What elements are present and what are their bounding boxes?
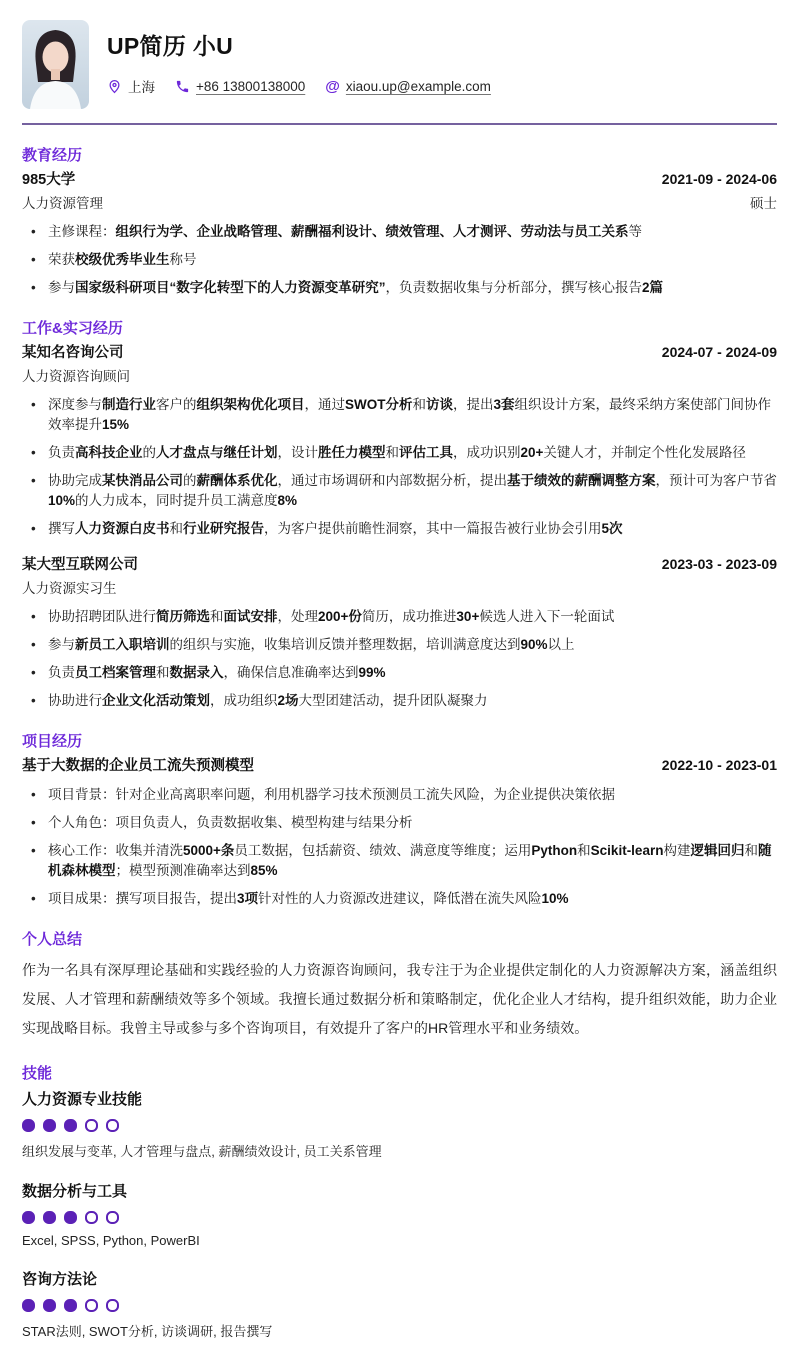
project-bullet: 核心工作：收集并清洗5000+条员工数据，包括薪资、绩效、满意度等维度；运用Py…	[22, 841, 777, 881]
bullet-text: 构建	[663, 843, 690, 858]
bullet-text: 负责	[48, 665, 75, 680]
bullet-text-bold: 制造行业	[102, 397, 156, 412]
job-entry-header: 某知名咨询公司 2024-07 - 2024-09	[22, 341, 777, 362]
skill-dot-empty	[106, 1299, 119, 1312]
bullet-text: 等	[629, 224, 643, 239]
job-bullet: 协助招聘团队进行简历筛选和面试安排，处理200+份简历，成功推进30+候选人进入…	[22, 607, 777, 627]
company-name: 某大型互联网公司	[22, 553, 138, 574]
education-date: 2021-09 - 2024-06	[662, 171, 777, 187]
skills-title: 技能	[22, 1062, 777, 1083]
degree-name: 硕士	[750, 192, 777, 212]
bullet-text: ，负责数据收集与分析部分，撰写核心报告	[386, 280, 643, 295]
bullet-text-bold: 组织架构优化项目	[197, 397, 305, 412]
skill-dot-empty	[85, 1211, 98, 1224]
bullet-text: 的组织与实施，收集培训反馈并整理数据，培训满意度达到	[170, 637, 521, 652]
bullet-text-bold: 5000+条	[183, 843, 234, 858]
bullet-text-bold: 企业文化活动策划	[102, 693, 210, 708]
job-date: 2023-03 - 2023-09	[662, 556, 777, 572]
bullet-text-bold: Python	[531, 843, 577, 858]
education-bullet: 主修课程：组织行为学、企业战略管理、薪酬福利设计、绩效管理、人才测评、劳动法与员…	[22, 222, 777, 242]
bullet-text: 简历，成功推进	[362, 609, 457, 624]
skill-group: 人力资源专业技能 组织发展与变革, 人才管理与盘点, 薪酬绩效设计, 员工关系管…	[22, 1088, 777, 1160]
job-entry: 某大型互联网公司 2023-03 - 2023-09 人力资源实习生 协助招聘团…	[22, 553, 777, 711]
bullet-text-bold: 30+	[456, 609, 479, 624]
bullet-text: 和	[156, 665, 170, 680]
section-education: 教育经历 985大学 2021-09 - 2024-06 人力资源管理 硕士 主…	[22, 144, 777, 298]
bullet-text: ，通过	[305, 397, 346, 412]
project-date: 2022-10 - 2023-01	[662, 757, 777, 773]
candidate-name: UP简历 小U	[107, 28, 491, 61]
bullet-text-bold: 高科技企业	[75, 445, 143, 460]
skill-level-dots	[22, 1211, 777, 1224]
bullet-text: 称号	[170, 252, 197, 267]
skill-dot-filled	[64, 1211, 77, 1224]
bullet-text-bold: 200+份	[318, 609, 362, 624]
resume-header: UP简历 小U 上海	[22, 20, 777, 109]
bullet-text-bold: 员工档案管理	[75, 665, 156, 680]
section-skills: 技能 人力资源专业技能 组织发展与变革, 人才管理与盘点, 薪酬绩效设计, 员工…	[22, 1062, 777, 1340]
bullet-text-bold: 基于绩效的薪酬调整方案	[507, 473, 656, 488]
skill-group-name: 人力资源专业技能	[22, 1088, 777, 1109]
bullet-text-bold: 某快消品公司	[102, 473, 183, 488]
bullet-text-bold: 3项	[237, 891, 258, 906]
bullet-text: ；模型预测准确率达到	[116, 863, 251, 878]
bullet-text: ，提出	[453, 397, 494, 412]
skill-items: Excel, SPSS, Python, PowerBI	[22, 1233, 777, 1248]
bullet-text: 主修课程：	[48, 224, 116, 239]
skill-dot-empty	[106, 1211, 119, 1224]
job-role: 人力资源咨询顾问	[22, 365, 130, 385]
bullet-text: 项目背景：针对企业高离职率问题，利用机器学习技术预测员工流失风险，为企业提供决策…	[48, 787, 615, 802]
phone-text: +86 13800138000	[196, 79, 305, 94]
skill-items: 组织发展与变革, 人才管理与盘点, 薪酬绩效设计, 员工关系管理	[22, 1141, 777, 1160]
bullet-text: 针对性的人力资源改进建议，降低潜在流失风险	[258, 891, 542, 906]
bullet-text-bold: 简历筛选	[156, 609, 210, 624]
skill-level-dots	[22, 1119, 777, 1132]
school-name: 985大学	[22, 168, 75, 189]
bullet-text: ，通过市场调研和内部数据分析，提出	[278, 473, 508, 488]
skill-dot-filled	[43, 1211, 56, 1224]
job-bullet: 负责高科技企业的人才盘点与继任计划，设计胜任力模型和评估工具，成功识别20+关键…	[22, 443, 777, 463]
bullet-text-bold: 胜任力模型	[318, 445, 386, 460]
header-text: UP简历 小U 上海	[107, 20, 491, 96]
education-bullet: 参与国家级科研项目“数字化转型下的人力资源变革研究”，负责数据收集与分析部分，撰…	[22, 278, 777, 298]
bullet-text: 协助进行	[48, 693, 102, 708]
bullet-text: 和	[577, 843, 591, 858]
bullet-text-bold: 85%	[251, 863, 278, 878]
job-entry-subheader: 人力资源咨询顾问	[22, 365, 777, 385]
email-text: xiaou.up@example.com	[346, 79, 491, 94]
bullet-text: 项目成果：撰写项目报告，提出	[48, 891, 237, 906]
bullet-text: ，预计可为客户节省	[656, 473, 778, 488]
bullet-text: ，为客户提供前瞻性洞察，其中一篇报告被行业协会引用	[264, 521, 602, 536]
bullet-text-bold: 组织行为学、企业战略管理、薪酬福利设计、绩效管理、人才测评、劳动法与员工关系	[116, 224, 629, 239]
bullet-text: 和	[744, 843, 758, 858]
phone-icon	[175, 79, 190, 94]
bullet-text-bold: 新员工入职培训	[75, 637, 170, 652]
profile-photo	[22, 20, 89, 109]
skill-dot-filled	[43, 1299, 56, 1312]
bullet-text: 员工数据，包括薪资、绩效、满意度等维度；运用	[234, 843, 531, 858]
bullet-text: 参与	[48, 637, 75, 652]
skill-dot-empty	[106, 1119, 119, 1132]
bullet-text: 个人角色：项目负责人，负责数据收集、模型构建与结果分析	[48, 815, 413, 830]
skill-dot-filled	[64, 1119, 77, 1132]
bullet-text-bold: 人才盘点与继任计划	[156, 445, 278, 460]
major-name: 人力资源管理	[22, 192, 103, 212]
bullet-text-bold: 访谈	[426, 397, 453, 412]
bullet-text: 深度参与	[48, 397, 102, 412]
bullet-text-bold: 2篇	[642, 280, 663, 295]
bullet-text-bold: 逻辑回归	[690, 843, 744, 858]
profile-photo-graphic	[22, 20, 89, 109]
skill-dot-filled	[64, 1299, 77, 1312]
bullet-text-bold: 薪酬体系优化	[197, 473, 278, 488]
job-entry-subheader: 人力资源实习生	[22, 577, 777, 597]
bullet-text-bold: 2场	[278, 693, 299, 708]
summary-text: 作为一名具有深厚理论基础和实践经验的人力资源咨询顾问，我专注于为企业提供定制化的…	[22, 956, 777, 1043]
project-bullet: 项目成果：撰写项目报告，提出3项针对性的人力资源改进建议，降低潜在流失风险10%	[22, 889, 777, 909]
bullet-text: ，处理	[278, 609, 319, 624]
bullet-text-bold: 校级优秀毕业生	[75, 252, 170, 267]
bullet-text-bold: 20+	[521, 445, 544, 460]
bullet-text: 的	[183, 473, 197, 488]
skill-items: STAR法则, SWOT分析, 访谈调研, 报告撰写	[22, 1321, 777, 1340]
bullet-text: 和	[386, 445, 400, 460]
bullet-text: 客户的	[156, 397, 197, 412]
skill-group-name: 咨询方法论	[22, 1268, 777, 1289]
skill-level-dots	[22, 1299, 777, 1312]
bullet-text: 协助招聘团队进行	[48, 609, 156, 624]
bullet-text-bold: 8%	[278, 493, 298, 508]
bullet-text: 候选人进入下一轮面试	[479, 609, 614, 624]
location-pin-icon	[107, 79, 122, 94]
phone-link[interactable]: +86 13800138000	[175, 79, 305, 94]
job-entry-header: 某大型互联网公司 2023-03 - 2023-09	[22, 553, 777, 574]
resume-page: UP简历 小U 上海	[0, 0, 799, 1350]
work-title: 工作&实习经历	[22, 317, 777, 338]
education-entry-header: 985大学 2021-09 - 2024-06	[22, 168, 777, 189]
bullet-text: 以上	[548, 637, 575, 652]
bullet-text: ，确保信息准确率达到	[224, 665, 359, 680]
bullet-text-bold: Scikit-learn	[591, 843, 664, 858]
bullet-text-bold: 5次	[602, 521, 623, 536]
bullet-text-bold: 3套	[494, 397, 515, 412]
project-bullets: 项目背景：针对企业高离职率问题，利用机器学习技术预测员工流失风险，为企业提供决策…	[22, 785, 777, 909]
bullet-text: ，设计	[278, 445, 319, 460]
education-bullets: 主修课程：组织行为学、企业战略管理、薪酬福利设计、绩效管理、人才测评、劳动法与员…	[22, 222, 777, 298]
section-project: 项目经历 基于大数据的企业员工流失预测模型 2022-10 - 2023-01 …	[22, 730, 777, 909]
job-bullet: 深度参与制造行业客户的组织架构优化项目，通过SWOT分析和访谈，提出3套组织设计…	[22, 395, 777, 435]
skill-dot-filled	[22, 1211, 35, 1224]
skill-dot-filled	[22, 1299, 35, 1312]
bullet-text: 和	[413, 397, 427, 412]
bullet-text-bold: 行业研究报告	[183, 521, 264, 536]
bullet-text-bold: 人力资源白皮书	[75, 521, 170, 536]
section-summary: 个人总结 作为一名具有深厚理论基础和实践经验的人力资源咨询顾问，我专注于为企业提…	[22, 928, 777, 1043]
job-entry: 某知名咨询公司 2024-07 - 2024-09 人力资源咨询顾问 深度参与制…	[22, 341, 777, 539]
bullet-text: 负责	[48, 445, 75, 460]
bullet-text-bold: SWOT分析	[345, 397, 413, 412]
summary-title: 个人总结	[22, 928, 777, 949]
skill-dot-filled	[22, 1119, 35, 1132]
project-entry-header: 基于大数据的企业员工流失预测模型 2022-10 - 2023-01	[22, 754, 777, 775]
bullet-text: 关键人才，并制定个性化发展路径	[543, 445, 746, 460]
job-date: 2024-07 - 2024-09	[662, 344, 777, 360]
education-bullet: 荣获校级优秀毕业生称号	[22, 250, 777, 270]
project-bullet: 项目背景：针对企业高离职率问题，利用机器学习技术预测员工流失风险，为企业提供决策…	[22, 785, 777, 805]
bullet-text-bold: 10%	[48, 493, 75, 508]
job-bullet: 参与新员工入职培训的组织与实施，收集培训反馈并整理数据，培训满意度达到90%以上	[22, 635, 777, 655]
bullet-text: 参与	[48, 280, 75, 295]
job-bullets: 深度参与制造行业客户的组织架构优化项目，通过SWOT分析和访谈，提出3套组织设计…	[22, 395, 777, 539]
at-icon: @	[325, 79, 340, 94]
project-name: 基于大数据的企业员工流失预测模型	[22, 754, 254, 775]
bullet-text: 协助完成	[48, 473, 102, 488]
email-link[interactable]: @ xiaou.up@example.com	[325, 79, 491, 94]
bullet-text: 的人力成本，同时提升员工满意度	[75, 493, 278, 508]
project-title: 项目经历	[22, 730, 777, 751]
bullet-text-bold: 国家级科研项目“数字化转型下的人力资源变革研究”	[75, 280, 386, 295]
job-bullet: 负责员工档案管理和数据录入，确保信息准确率达到99%	[22, 663, 777, 683]
section-work: 工作&实习经历 某知名咨询公司 2024-07 - 2024-09 人力资源咨询…	[22, 317, 777, 711]
bullet-text-bold: 90%	[521, 637, 548, 652]
skill-dot-empty	[85, 1299, 98, 1312]
skill-group-name: 数据分析与工具	[22, 1180, 777, 1201]
bullet-text-bold: 10%	[542, 891, 569, 906]
bullet-text-bold: 99%	[359, 665, 386, 680]
bullet-text: 和	[210, 609, 224, 624]
project-bullet: 个人角色：项目负责人，负责数据收集、模型构建与结果分析	[22, 813, 777, 833]
bullet-text-bold: 15%	[102, 417, 129, 432]
bullet-text: 大型团建活动，提升团队凝聚力	[299, 693, 488, 708]
skill-dot-empty	[85, 1119, 98, 1132]
bullet-text: 的	[143, 445, 157, 460]
location-text: 上海	[128, 76, 155, 96]
company-name: 某知名咨询公司	[22, 341, 124, 362]
skill-group: 数据分析与工具 Excel, SPSS, Python, PowerBI	[22, 1180, 777, 1248]
bullet-text: 撰写	[48, 521, 75, 536]
education-title: 教育经历	[22, 144, 777, 165]
job-bullet: 协助完成某快消品公司的薪酬体系优化，通过市场调研和内部数据分析，提出基于绩效的薪…	[22, 471, 777, 511]
skill-group: 咨询方法论 STAR法则, SWOT分析, 访谈调研, 报告撰写	[22, 1268, 777, 1340]
bullet-text: ，成功组织	[210, 693, 278, 708]
job-bullet: 撰写人力资源白皮书和行业研究报告，为客户提供前瞻性洞察，其中一篇报告被行业协会引…	[22, 519, 777, 539]
bullet-text: 荣获	[48, 252, 75, 267]
bullet-text-bold: 数据录入	[170, 665, 224, 680]
location-item: 上海	[107, 76, 155, 96]
job-bullet: 协助进行企业文化活动策划，成功组织2场大型团建活动，提升团队凝聚力	[22, 691, 777, 711]
bullet-text-bold: 面试安排	[224, 609, 278, 624]
job-role: 人力资源实习生	[22, 577, 117, 597]
skill-dot-filled	[43, 1119, 56, 1132]
contact-row: 上海 +86 13800138000 @ xiaou.up@example.co…	[107, 76, 491, 96]
bullet-text: 和	[170, 521, 184, 536]
bullet-text: ，成功识别	[453, 445, 521, 460]
bullet-text: 核心工作：收集并清洗	[48, 843, 183, 858]
bullet-text-bold: 评估工具	[399, 445, 453, 460]
header-divider	[22, 123, 777, 125]
job-bullets: 协助招聘团队进行简历筛选和面试安排，处理200+份简历，成功推进30+候选人进入…	[22, 607, 777, 711]
education-entry-subheader: 人力资源管理 硕士	[22, 192, 777, 212]
